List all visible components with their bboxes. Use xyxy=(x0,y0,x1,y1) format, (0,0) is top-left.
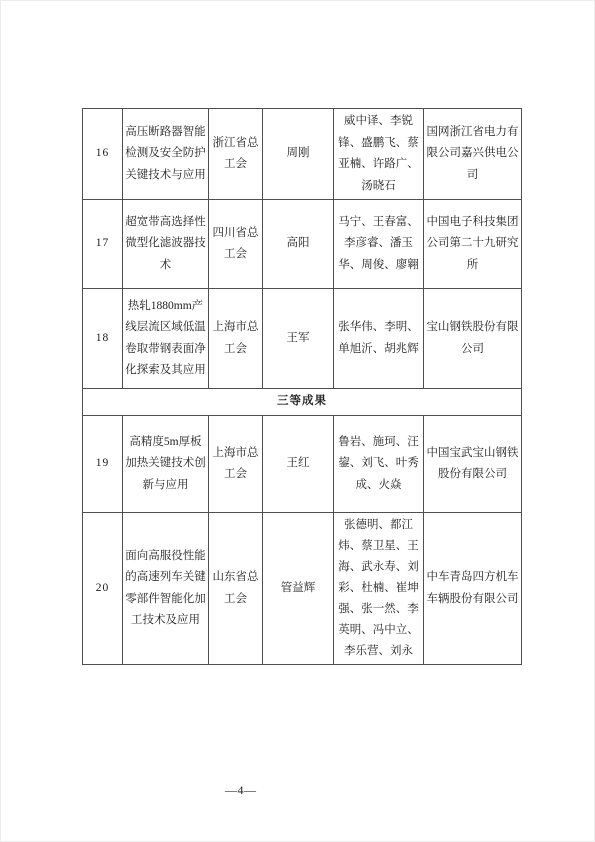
document-page: 16 高压断路器智能检测及安全防护关键技术与应用 浙江省总工会 周刚 威中译、李… xyxy=(0,0,595,842)
leader-name: 王军 xyxy=(263,289,334,389)
section-header-row: 三等成果 xyxy=(83,389,522,416)
project-title: 热轧1880mm产线层流区域低温卷取带钢表面净化探索及其应用 xyxy=(123,289,209,389)
recommending-union: 浙江省总工会 xyxy=(209,109,263,200)
team-members-text: 张德明、都江炜、蔡卫星、王海、武永寿、刘彩、杜楠、崔坤强、张一然、李英明、冯中立… xyxy=(336,515,421,662)
clipped-members-line: 杰、周国栋、赵 xyxy=(334,664,424,665)
project-title: 高压断路器智能检测及安全防护关键技术与应用 xyxy=(123,109,209,200)
leader-name: 管益辉 xyxy=(263,513,334,665)
recommending-union: 上海市总工会 xyxy=(209,289,263,389)
company-name: 国网浙江省电力有限公司嘉兴供电公司 xyxy=(424,109,522,200)
row-number: 16 xyxy=(83,109,123,200)
table-row: 19 高精度5m厚板加热关键技术创新与应用 上海市总工会 王红 鲁岩、施珂、汪鋆… xyxy=(83,416,522,513)
project-title: 高精度5m厚板加热关键技术创新与应用 xyxy=(123,416,209,513)
project-title: 面向高服役性能的高速列车关键零部件智能化加工技术及应用 xyxy=(123,513,209,665)
row-number: 19 xyxy=(83,416,123,513)
table-row: 20 面向高服役性能的高速列车关键零部件智能化加工技术及应用 山东省总工会 管益… xyxy=(83,513,522,665)
row-number: 20 xyxy=(83,513,123,665)
team-members: 鲁岩、施珂、汪鋆、刘飞、叶秀成、火焱 xyxy=(334,416,424,513)
team-members: 马宁、王春富、李彦睿、潘玉华、周俊、廖翱 xyxy=(334,200,424,289)
table-row: 16 高压断路器智能检测及安全防护关键技术与应用 浙江省总工会 周刚 威中译、李… xyxy=(83,109,522,200)
awards-table: 16 高压断路器智能检测及安全防护关键技术与应用 浙江省总工会 周刚 威中译、李… xyxy=(82,108,522,665)
page-number: —4— xyxy=(225,783,257,798)
recommending-union: 上海市总工会 xyxy=(209,416,263,513)
project-title: 超宽带高选择性微型化滤波器技术 xyxy=(123,200,209,289)
leader-name: 周刚 xyxy=(263,109,334,200)
table-row: 18 热轧1880mm产线层流区域低温卷取带钢表面净化探索及其应用 上海市总工会… xyxy=(83,289,522,389)
recommending-union: 四川省总工会 xyxy=(209,200,263,289)
team-members: 张华伟、李明、单旭沂、胡兆辉 xyxy=(334,289,424,389)
company-name: 中车青岛四方机车车辆股份有限公司 xyxy=(424,513,522,665)
company-name: 中国宝武宝山钢铁股份有限公司 xyxy=(424,416,522,513)
team-members: 张德明、都江炜、蔡卫星、王海、武永寿、刘彩、杜楠、崔坤强、张一然、李英明、冯中立… xyxy=(334,513,424,665)
row-number: 17 xyxy=(83,200,123,289)
row-number: 18 xyxy=(83,289,123,389)
recommending-union: 山东省总工会 xyxy=(209,513,263,665)
company-name: 中国电子科技集团公司第二十九研究所 xyxy=(424,200,522,289)
table-row: 17 超宽带高选择性微型化滤波器技术 四川省总工会 高阳 马宁、王春富、李彦睿、… xyxy=(83,200,522,289)
company-name: 宝山钢铁股份有限公司 xyxy=(424,289,522,389)
section-title: 三等成果 xyxy=(83,389,522,416)
leader-name: 王红 xyxy=(263,416,334,513)
leader-name: 高阳 xyxy=(263,200,334,289)
team-members: 威中译、李锐锋、盛鹏飞、蔡亚楠、许路广、汤晓石 xyxy=(334,109,424,200)
